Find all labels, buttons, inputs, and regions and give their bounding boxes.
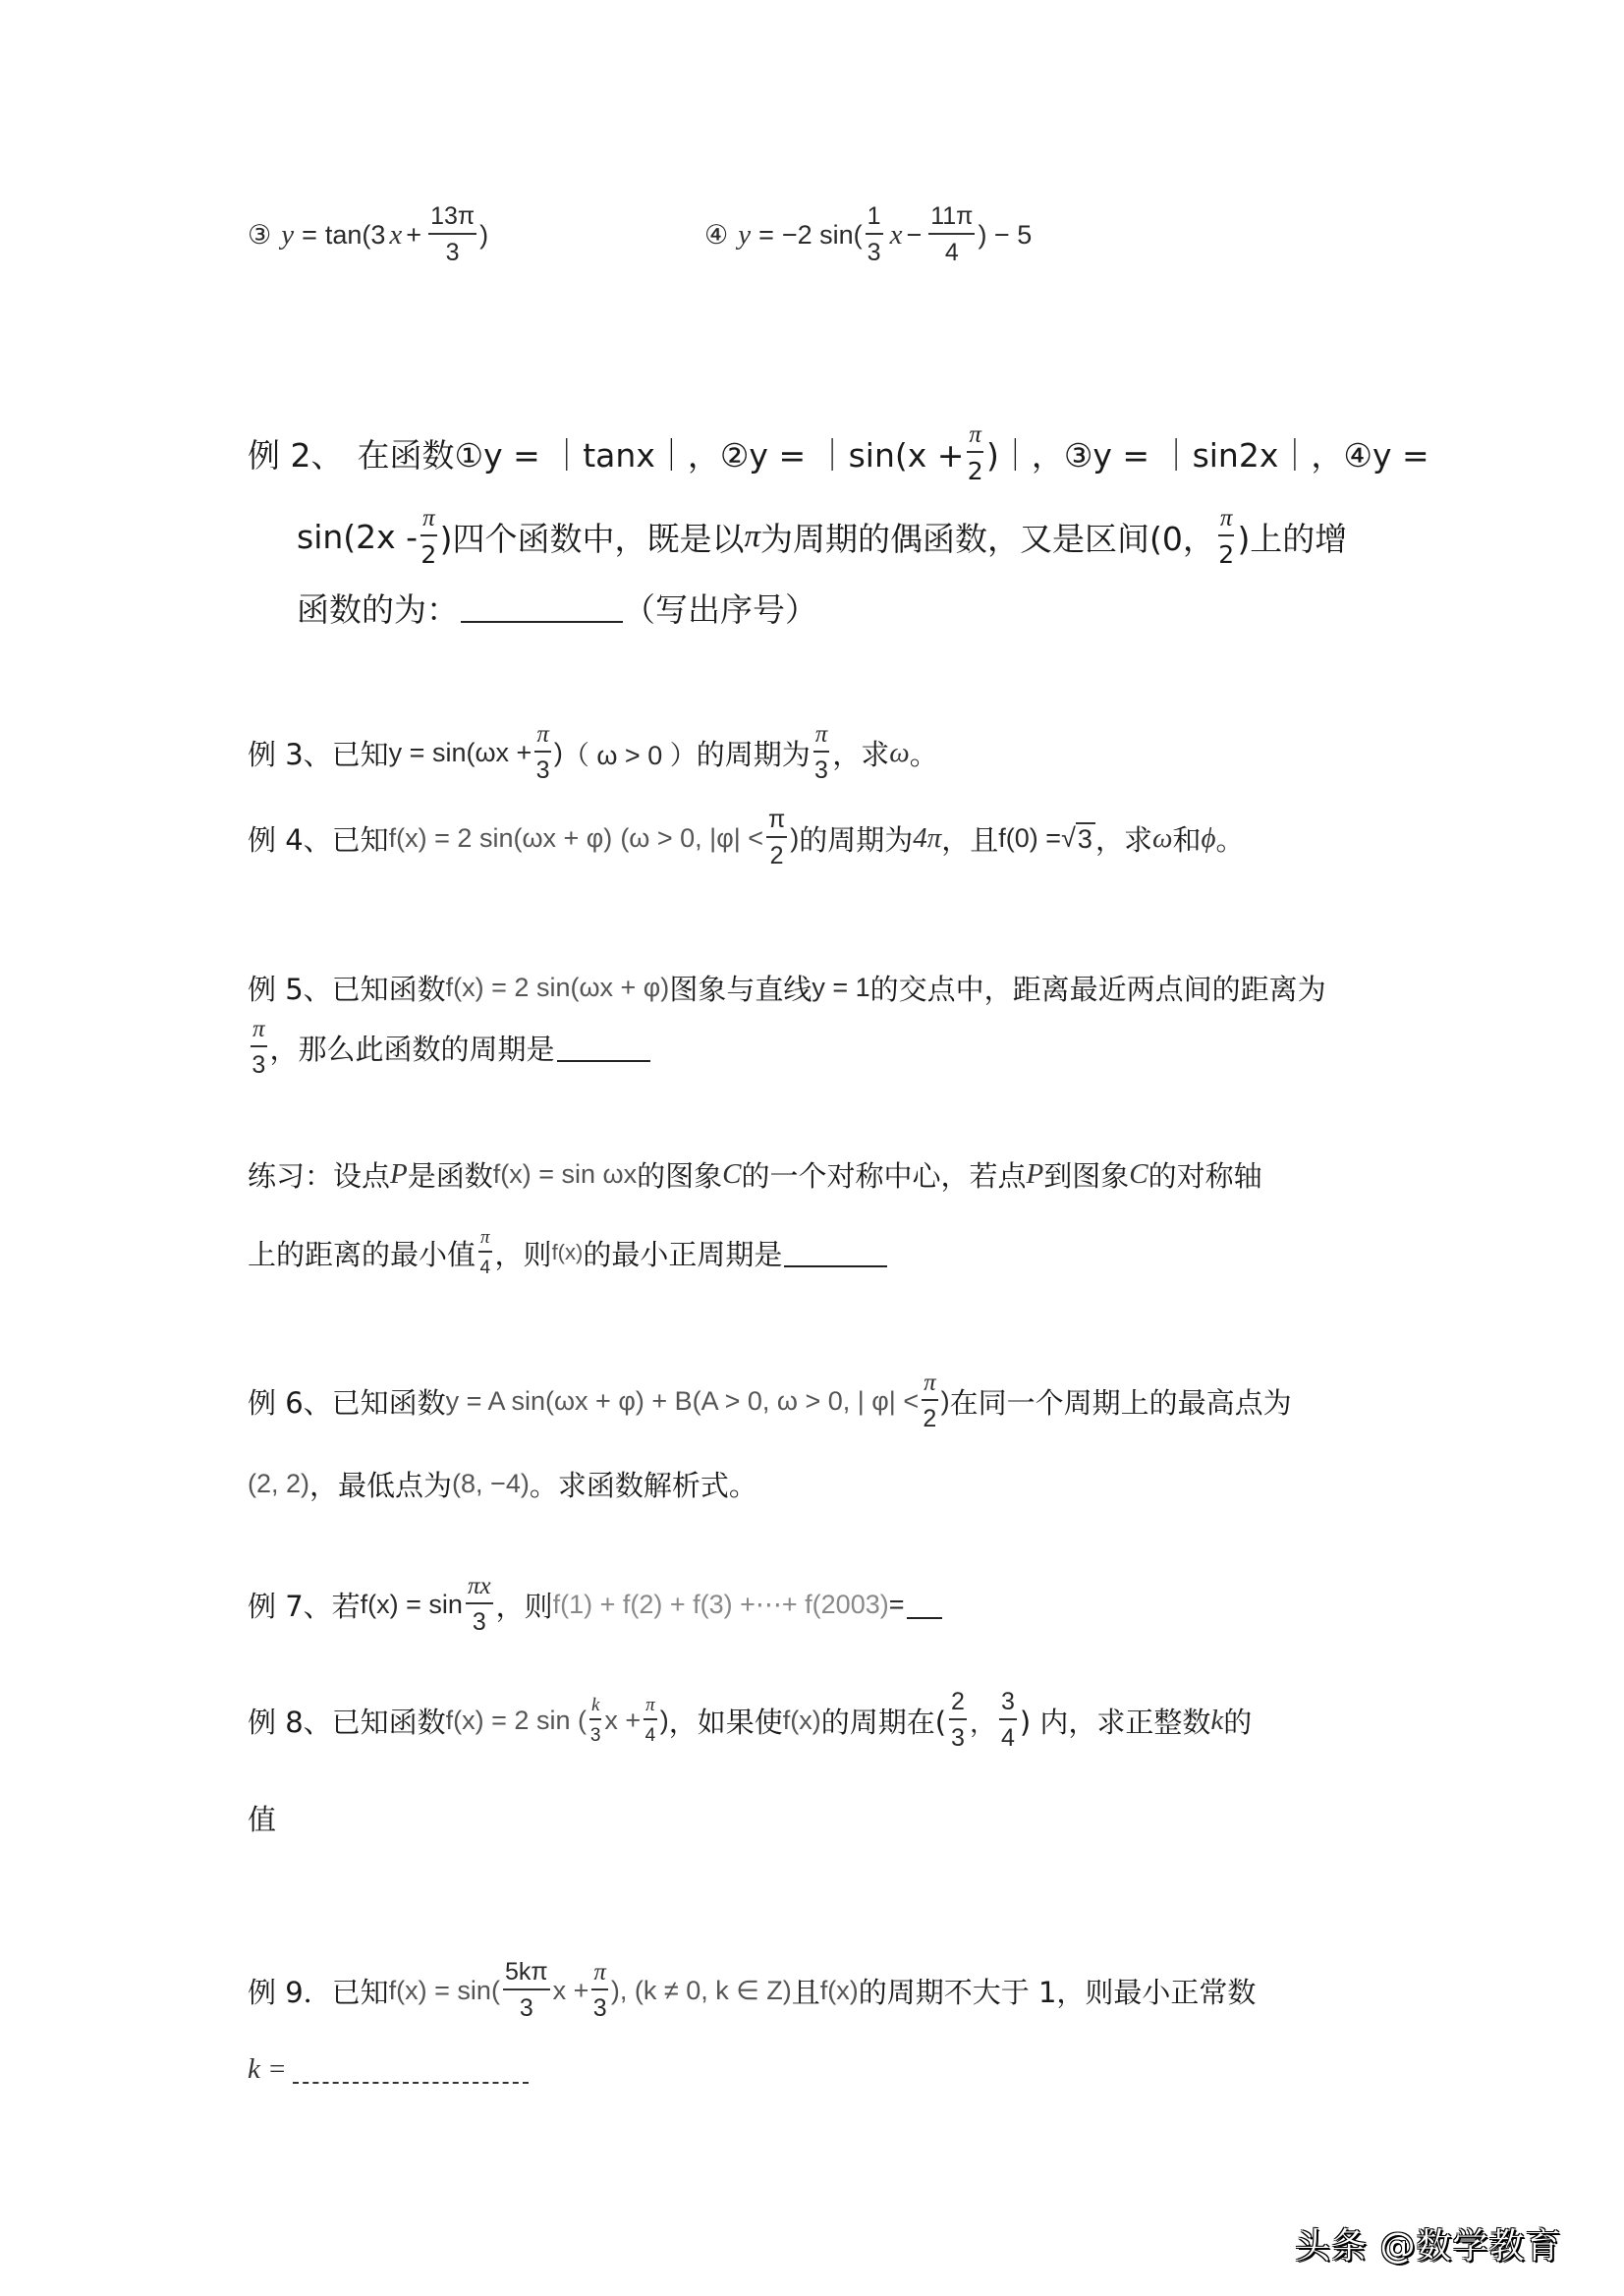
example-label: 例 4、已知 <box>248 818 389 859</box>
example-6-line-2: (2, 2) ，最低点为 (8, −4) 。求函数解析式。 <box>248 1464 757 1504</box>
practice-label: 练习： <box>248 1154 333 1195</box>
example-7: 例 7、若 f(x) = sin πx3 ，则 f(1) + f(2) + f(… <box>248 1574 942 1635</box>
example-8-line-2: 值 <box>248 1798 276 1838</box>
example-label: 例 8、已知函数 <box>248 1701 446 1741</box>
practice-line-2: 上的距离的最小值 π4 ，则 f(x) 的最小正周期是 <box>248 1228 887 1277</box>
example-9-line-1: 例 9．已知 f(x) = sin( 5kπ3 x + π3 ), (k ≠ 0… <box>248 1960 1256 2021</box>
example-label: 例 2、 <box>248 430 344 476</box>
fraction: π2 <box>420 506 437 567</box>
circled-marker: ④ <box>704 220 728 251</box>
fraction: π2 <box>922 1371 938 1431</box>
answer-blank[interactable] <box>907 1590 942 1619</box>
fraction: k3 <box>589 1696 601 1745</box>
fraction: π3 <box>251 1017 267 1078</box>
watermark: 头条 @数学教育 <box>1295 2218 1561 2268</box>
answer-blank[interactable] <box>784 1238 887 1267</box>
fraction: πx3 <box>466 1574 493 1635</box>
example-6-line-1: 例 6、已知函数 y = A sin(ωx + φ) + B(A > 0, ω … <box>248 1371 1292 1431</box>
example-label: 例 9．已知 <box>248 1971 389 2011</box>
example-label: 例 7、若 <box>248 1585 361 1625</box>
example-9-line-2: k = <box>248 2053 529 2086</box>
fraction: π4 <box>644 1696 657 1745</box>
fraction: 13 <box>866 204 883 265</box>
fraction: π3 <box>813 722 830 783</box>
fraction: π3 <box>591 1960 608 2021</box>
fraction: 13π3 <box>428 204 476 265</box>
answer-blank[interactable] <box>461 593 623 623</box>
formula-item-4: ④ y = −2 sin( 13 x − 11π4 ) − 5 <box>704 204 1032 265</box>
fraction: 5kπ3 <box>503 1960 550 2021</box>
example-label: 例 5、已知函数 <box>248 968 446 1008</box>
example-label: 例 6、已知函数 <box>248 1381 446 1422</box>
example-4: 例 4、已知 f(x) = 2 sin(ωx + φ) (ω > 0, |φ| … <box>248 808 1244 868</box>
example-2-line-1: 例 2、 在函数①y = ｜tanx｜，②y = ｜sin(x + π2 )｜，… <box>248 422 1429 483</box>
example-8-line-1: 例 8、已知函数 f(x) = 2 sin ( k3 x + π4 ) ，如果使… <box>248 1690 1252 1751</box>
example-5-line-2: π3 ，那么此函数的周期是 <box>248 1017 650 1078</box>
example-2-line-3: 函数的为： （写出序号） <box>297 585 817 631</box>
example-label: 例 3、已知 <box>248 733 389 773</box>
example-2-line-2: sin(2x - π2 )四个函数中，既是以 π 为周期的偶函数，又是区间(0，… <box>297 506 1347 567</box>
formula-item-3: ③ y = tan(3 x + 13π3 ) <box>248 204 488 265</box>
example-3: 例 3、已知 y = sin(ωx + π3 ) （ ω > 0 ） 的周期为 … <box>248 722 938 783</box>
practice-line-1: 练习： 设点 P 是函数 f(x) = sin ωx 的图象 C 的一个对称中心… <box>248 1154 1262 1195</box>
answer-blank[interactable] <box>557 1033 650 1062</box>
fraction: π2 <box>766 808 787 868</box>
answer-blank[interactable] <box>293 2056 529 2084</box>
fraction: 23 <box>949 1690 967 1751</box>
fraction: π2 <box>967 422 983 483</box>
example-5-line-1: 例 5、已知函数 f(x) = 2 sin(ωx + φ) 图象与直线 y = … <box>248 968 1326 1008</box>
fraction: π4 <box>478 1228 492 1277</box>
fraction: π2 <box>1218 506 1235 567</box>
fraction: 34 <box>999 1690 1017 1751</box>
fraction: π3 <box>534 722 551 783</box>
fraction: 11π4 <box>928 204 975 265</box>
circled-marker: ③ <box>248 220 271 251</box>
